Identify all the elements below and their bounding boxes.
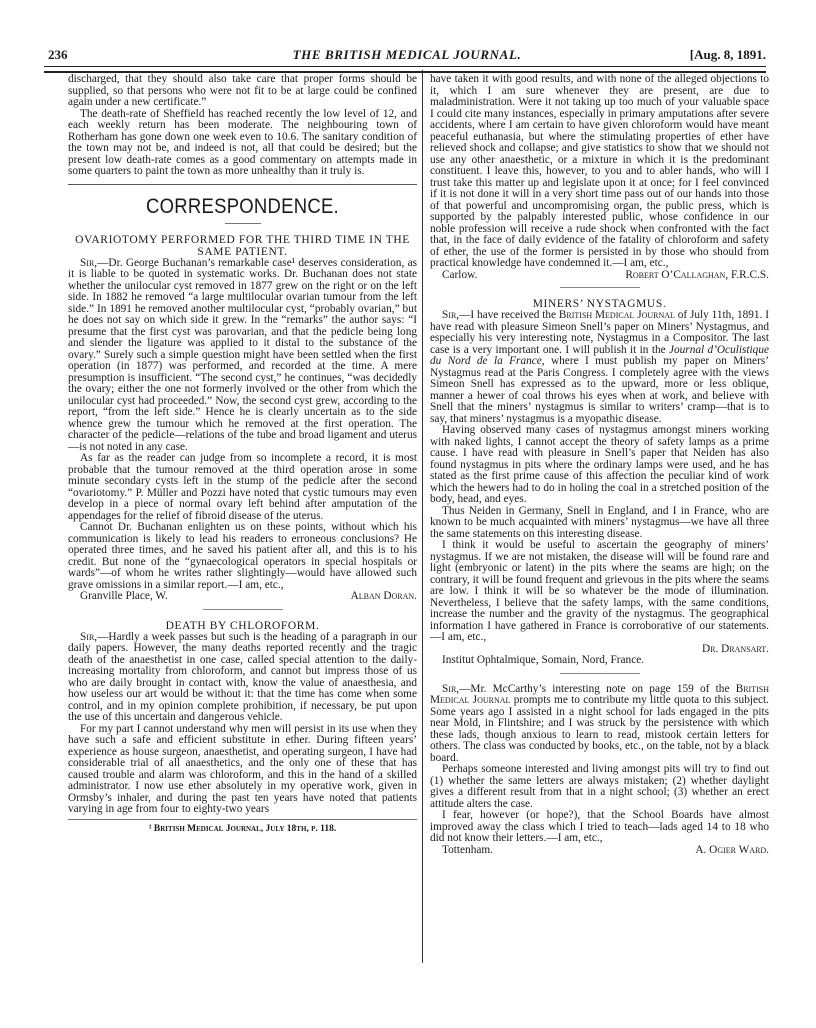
article-rule [560, 287, 640, 288]
footnote: ¹ British Medical Journal, July 18th, p.… [68, 824, 417, 836]
article-paragraph: Cannot Dr. Buchanan enlighten us on thes… [68, 522, 417, 591]
left-column: discharged, that they should also take c… [68, 74, 417, 835]
intro-paragraph: The death-rate of Sheffield has reached … [68, 109, 417, 178]
article-title-ovariotomy: OVARIOTOMY PERFORMED FOR THE THIRD TIME … [68, 234, 417, 258]
author-signature: Dr. Dransart. [702, 643, 769, 655]
signature-line: Tottenham. A. Ogier Ward. [430, 845, 769, 857]
article-paragraph: I think it would be useful to ascertain … [430, 540, 769, 644]
section-title: CORRESPONDENCE. [89, 195, 396, 219]
salutation: Sir, [442, 309, 459, 321]
salutation: Sir, [80, 631, 97, 643]
author-address: Tottenham. [442, 845, 493, 857]
footnote-rule [68, 819, 417, 820]
article-paragraph: have taken it with good results, and wit… [430, 74, 769, 270]
author-address: Carlow. [442, 270, 477, 282]
journal-page: 236 THE BRITISH MEDICAL JOURNAL. [Aug. 8… [0, 0, 816, 1028]
author-signature: Robert O’Callaghan, F.R.C.S. [625, 270, 769, 282]
intro-paragraph: discharged, that they should also take c… [68, 74, 417, 109]
issue-date: [Aug. 8, 1891. [690, 47, 766, 63]
journal-title: THE BRITISH MEDICAL JOURNAL. [48, 47, 766, 63]
author-address: Granville Place, W. [80, 591, 168, 603]
article-paragraph: Sir,—Hardly a week passes but such is th… [68, 632, 417, 724]
right-column: have taken it with good results, and wit… [430, 74, 769, 856]
author-signature: Alban Doran. [351, 591, 417, 603]
article-paragraph: Thus Neiden in Germany, Snell in England… [430, 506, 769, 541]
article-rule [560, 673, 640, 674]
title-rule [225, 223, 261, 224]
author-address: Institut Ophtalmique, Somain, Nord, Fran… [430, 655, 769, 667]
salutation: Sir, [80, 257, 97, 269]
article-rule [203, 609, 283, 610]
column-divider [422, 70, 423, 963]
signature-line: Carlow. Robert O’Callaghan, F.R.C.S. [430, 270, 769, 282]
article-paragraph: Sir,—Mr. McCarthy’s interesting note on … [430, 684, 769, 765]
salutation: Sir, [442, 683, 459, 695]
article-paragraph: Sir,—I have received the British Medical… [430, 310, 769, 425]
header-rule [44, 66, 766, 73]
signature-line: Granville Place, W. Alban Doran. [68, 591, 417, 603]
author-signature: A. Ogier Ward. [695, 845, 769, 857]
running-header: 236 THE BRITISH MEDICAL JOURNAL. [Aug. 8… [48, 47, 766, 63]
article-paragraph: For my part I cannot understand why men … [68, 724, 417, 816]
article-paragraph: Perhaps someone interested and living am… [430, 764, 769, 810]
article-paragraph: As far as the reader can judge from so i… [68, 453, 417, 522]
journal-reference: British Medical Journal [559, 309, 675, 321]
article-paragraph: I fear, however (or hope?), that the Sch… [430, 810, 769, 845]
section-rule [68, 184, 417, 185]
article-paragraph: Sir,—Dr. George Buchanan’s remarkable ca… [68, 258, 417, 454]
article-paragraph: Having observed many cases of nystagmus … [430, 425, 769, 506]
